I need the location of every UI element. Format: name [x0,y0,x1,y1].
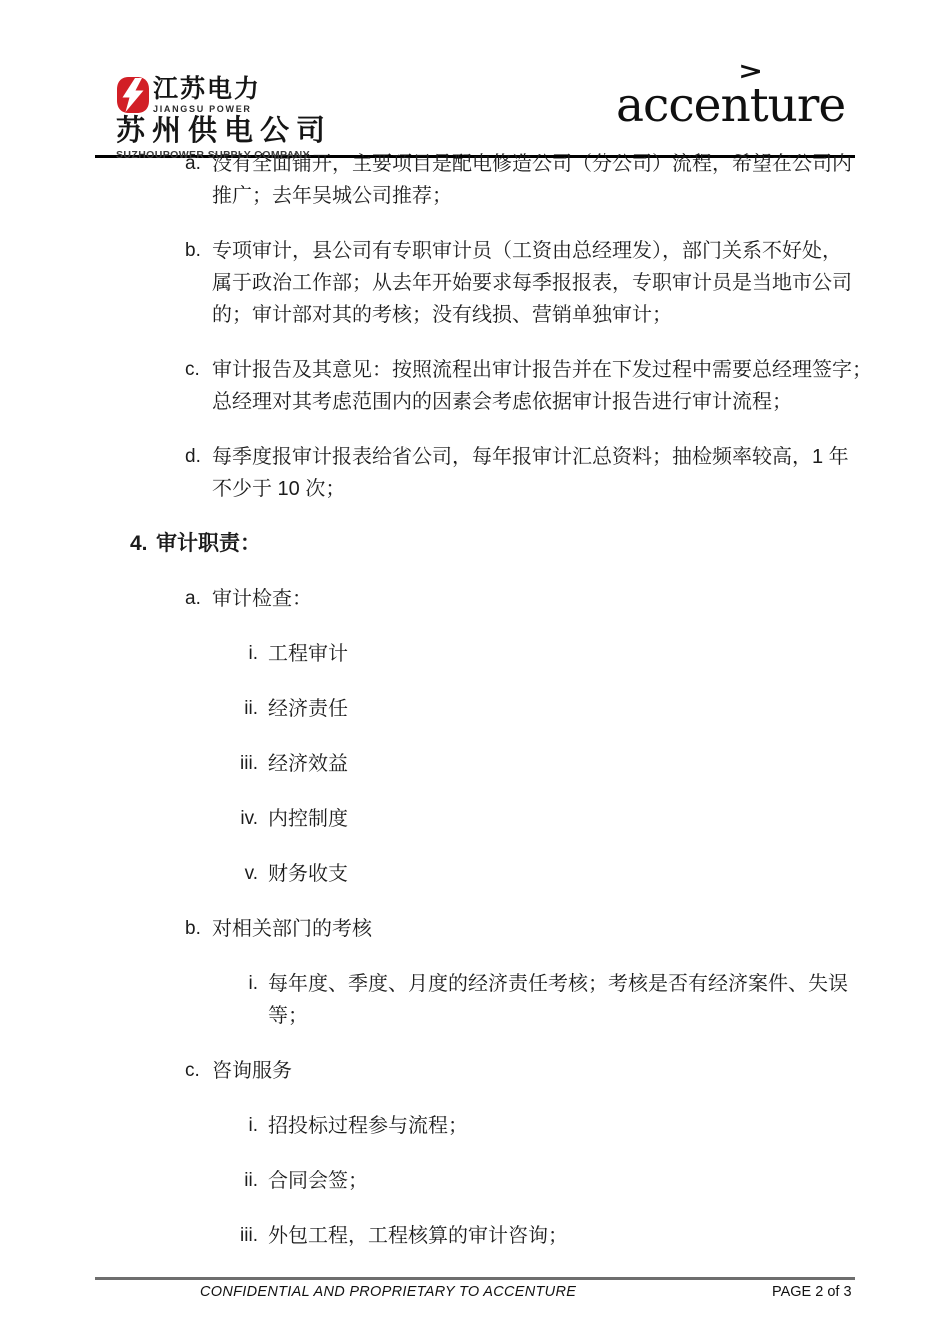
lightning-bolt-icon [116,76,150,114]
sub-item-text: 财务收支 [268,858,888,890]
document-page: 江苏电力 JIANGSU POWER 苏州供电公司 SUZHOUPOWER SU… [0,0,950,1344]
section-heading: 4. 审计职责： [130,528,950,560]
brand-name-group: 江苏电力 JIANGSU POWER [153,76,261,114]
roman-marker: i. [185,968,258,1032]
subsection-c: c. 咨询服务 [185,1055,950,1087]
sub-item-text: 合同会签； [268,1165,888,1197]
list-marker: d. [185,441,212,505]
sub-item-b-i: i. 每年度、季度、月度的经济责任考核；考核是否有经济案件、失误 等； [185,968,950,1032]
list-item-d: d. 每季度报审计报表给省公司，每年报审计汇总资料；抽检频率较高，1 年 不少于… [185,441,950,505]
subsection-title: 咨询服务 [212,1055,912,1087]
accenture-wordmark: accenture [616,82,845,129]
roman-marker: iv. [185,803,258,835]
list-item-b: b. 专项审计，县公司有专职审计员（工资由总经理发），部门关系不好处， 属于政治… [185,235,950,331]
roman-marker: ii. [185,1165,258,1197]
brand-name-cn: 江苏电力 [153,76,261,102]
subsection-title: 对相关部门的考核 [212,913,912,945]
subsection-a: a. 审计检查： [185,583,950,615]
roman-marker: ii. [185,693,258,725]
subsection-title: 审计检查： [212,583,912,615]
sub-item-a-v: v. 财务收支 [185,858,950,890]
sub-item-a-ii: ii. 经济责任 [185,693,950,725]
roman-marker: iii. [185,1220,258,1252]
sub-item-c-i: i. 招投标过程参与流程； [185,1110,950,1142]
sub-item-text: 招投标过程参与流程； [268,1110,888,1142]
list-marker: b. [185,913,212,945]
list-marker: c. [185,354,212,418]
sub-item-text: 经济效益 [268,748,888,780]
brand-name-en: JIANGSU POWER [153,104,261,114]
sub-item-text: 工程审计 [268,638,888,670]
sub-item-text: 外包工程，工程核算的审计咨询； [268,1220,888,1252]
sub-item-a-i: i. 工程审计 [185,638,950,670]
sub-item-c-ii: ii. 合同会签； [185,1165,950,1197]
document-body: a. 没有全面铺开，主要项目是配电修造公司（分公司）流程，希望在公司内 推广；去… [0,0,950,1275]
list-text: 审计报告及其意见：按照流程出审计报告并在下发过程中需要总经理签字； 总经理对其考… [212,354,912,418]
roman-marker: v. [185,858,258,890]
list-text: 每季度报审计报表给省公司，每年报审计汇总资料；抽检频率较高，1 年 不少于 10… [212,441,912,505]
section-number: 4. [130,528,156,560]
page-number: PAGE 2 of 3 [772,1284,852,1300]
list-marker: c. [185,1055,212,1087]
list-marker: a. [185,583,212,615]
subsection-b: b. 对相关部门的考核 [185,913,950,945]
sub-item-text: 内控制度 [268,803,888,835]
list-item-c: c. 审计报告及其意见：按照流程出审计报告并在下发过程中需要总经理签字； 总经理… [185,354,950,418]
sub-item-a-iv: iv. 内控制度 [185,803,950,835]
logo-top-row: 江苏电力 JIANGSU POWER [116,76,332,114]
roman-marker: i. [185,1110,258,1142]
section-title: 审计职责： [156,528,261,560]
roman-marker: i. [185,638,258,670]
sub-item-text: 经济责任 [268,693,888,725]
list-text: 专项审计，县公司有专职审计员（工资由总经理发），部门关系不好处， 属于政治工作部… [212,235,912,331]
sub-item-a-iii: iii. 经济效益 [185,748,950,780]
confidential-notice: CONFIDENTIAL AND PROPRIETARY TO ACCENTUR… [200,1284,576,1300]
roman-marker: iii. [185,748,258,780]
sub-item-c-iii: iii. 外包工程，工程核算的审计咨询； [185,1220,950,1252]
accenture-logo: > accenture [616,60,861,140]
footer-rule [95,1277,855,1280]
sub-item-text: 每年度、季度、月度的经济责任考核；考核是否有经济案件、失误 等； [268,968,888,1032]
company-name-cn: 苏州供电公司 [116,116,332,148]
company-name-en: SUZHOUPOWER SUPPLY COMPANY [116,149,332,161]
list-marker: b. [185,235,212,331]
jiangsu-power-logo: 江苏电力 JIANGSU POWER 苏州供电公司 SUZHOUPOWER SU… [116,76,332,161]
